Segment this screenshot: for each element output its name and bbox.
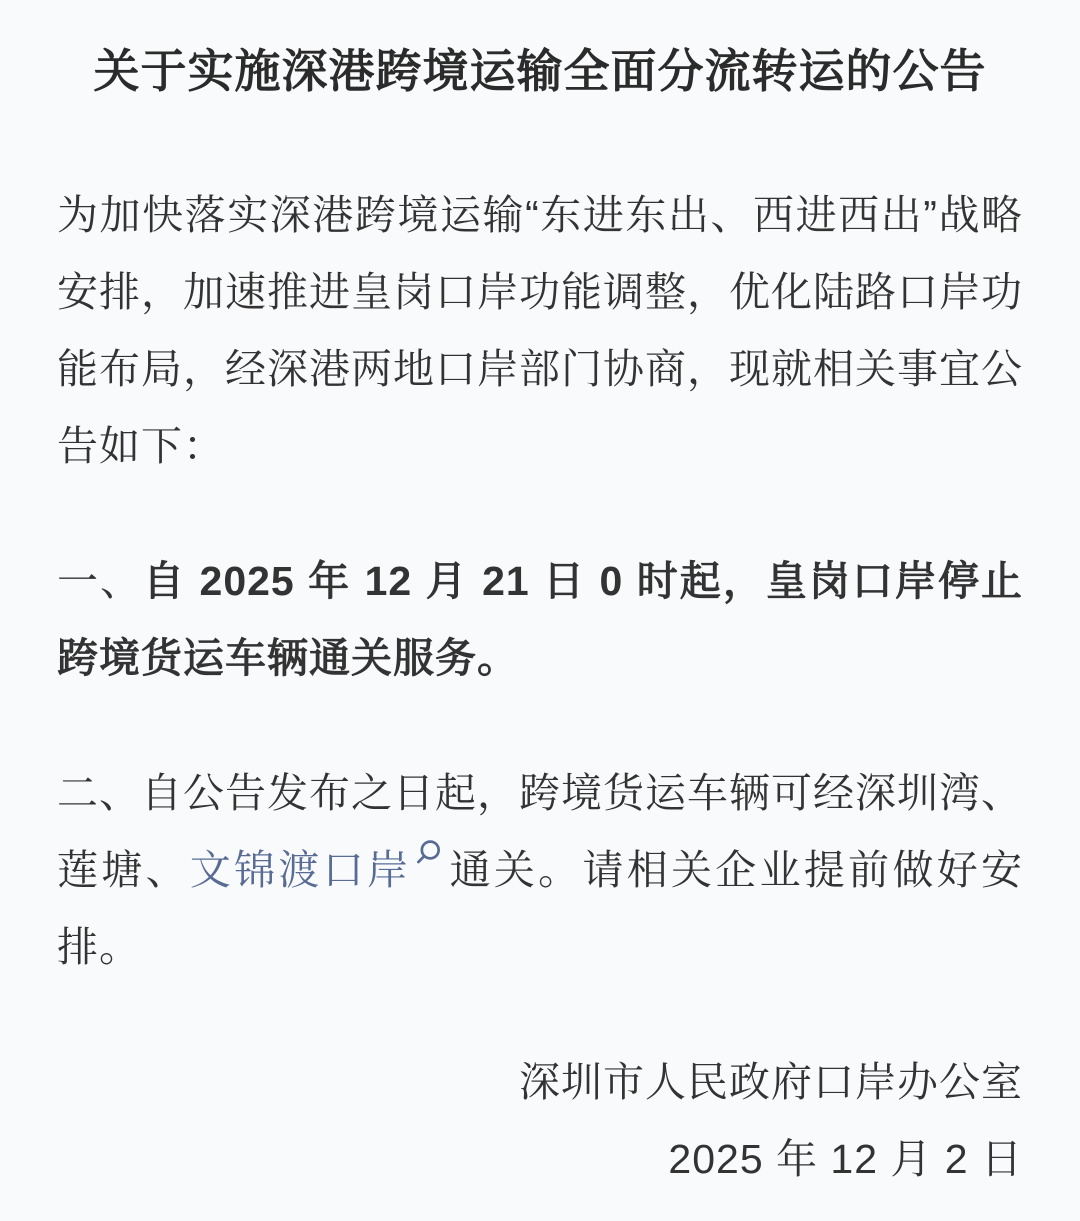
paragraph-text: 一、 [57, 558, 143, 604]
wenjindu-port-link[interactable]: 文锦渡口岸 [190, 847, 411, 893]
signature-block: 深圳市人民政府口岸办公室 2025 年 12 月 2 日 [57, 1044, 1023, 1198]
paragraph-text: 为加快落实深港跨境运输“东进东出、西进西出”战略安排，加速推进皇岗口岸功能调整，… [57, 192, 1023, 469]
signature-date: 2025 年 12 月 2 日 [57, 1121, 1023, 1198]
paragraph-item-1: 一、自 2025 年 12 月 21 日 0 时起，皇岗口岸停止跨境货运车辆通关… [57, 543, 1023, 697]
paragraph-item-2: 二、自公告发布之日起，跨境货运车辆可经深圳湾、莲塘、文锦渡口岸通关。请相关企业提… [57, 755, 1023, 986]
page-title: 关于实施深港跨境运输全面分流转运的公告 [57, 42, 1023, 100]
search-icon[interactable] [413, 838, 443, 868]
paragraph-intro: 为加快落实深港跨境运输“东进东出、西进西出”战略安排，加速推进皇岗口岸功能调整，… [57, 177, 1023, 485]
announcement-page: 关于实施深港跨境运输全面分流转运的公告 为加快落实深港跨境运输“东进东出、西进西… [0, 0, 1080, 1221]
paragraph-text: 自 2025 年 12 月 21 日 0 时起，皇岗口岸停止跨境货运车辆通关服务… [57, 558, 1023, 681]
signature-author: 深圳市人民政府口岸办公室 [57, 1044, 1023, 1121]
announcement-body: 为加快落实深港跨境运输“东进东出、西进西出”战略安排，加速推进皇岗口岸功能调整，… [57, 177, 1023, 986]
